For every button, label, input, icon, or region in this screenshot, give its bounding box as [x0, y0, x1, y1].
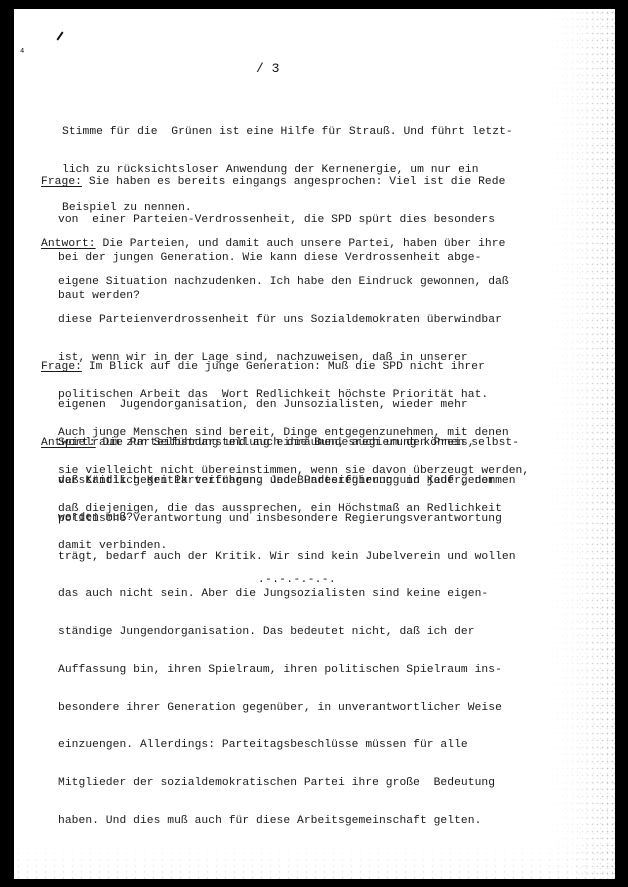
end-divider: .-.-.-.-.-. [258, 574, 336, 586]
text-line: Stimme für die Grünen ist eine Hilfe für… [62, 126, 513, 139]
margin-mark: ⁴ [19, 47, 26, 58]
scanned-page: ⁴ / 3 Stimme für die Grünen ist eine Hil… [14, 9, 615, 879]
answer-2: Antwort: Die Parteiführung und auch die … [41, 412, 519, 853]
scan-noise-right [545, 9, 615, 879]
text-line: eigenen Jugendorganisation, den Junsozia… [41, 399, 516, 412]
text-line: einzuengen. Allerdings: Parteitagsbeschl… [41, 739, 519, 752]
text-line: haben. Und dies muß auch für diese Arbei… [41, 815, 519, 828]
text-line: trägt, bedarf auch der Kritik. Wir sind … [41, 551, 519, 564]
text-line: Auffassung bin, ihren Spielraum, ihren p… [41, 664, 519, 677]
text-line: das auch nicht sein. Aber die Jungsozial… [41, 588, 519, 601]
text-line: ständige Jungendorganisation. Das bedeut… [41, 626, 519, 639]
text-line: Im Blick auf die junge Generation: Muß d… [82, 361, 485, 373]
text-line: verständlich Kritik vertragen. Jede Part… [41, 475, 519, 488]
question-label: Frage: [41, 176, 82, 188]
text-line: Mitglieder der sozialdemokratischen Part… [41, 777, 519, 790]
page-number: / 3 [256, 61, 279, 76]
text-line: politische Verantwortung und insbesonder… [41, 513, 519, 526]
margin-pen-mark [56, 31, 63, 40]
text-line: eigene Situation nachzudenken. Ich habe … [41, 276, 529, 289]
text-line: Die Parteien, und damit auch unsere Part… [96, 238, 506, 250]
answer-label: Antwort: [41, 437, 96, 449]
text-line: Sie haben es bereits eingangs angesproch… [82, 176, 505, 188]
question-label: Frage: [41, 361, 82, 373]
text-line: diese Parteienverdrossenheit für uns Soz… [41, 314, 529, 327]
text-line: besondere ihrer Generation gegenüber, in… [41, 702, 519, 715]
text-line: Die Parteiführung und auch die Bundesreg… [96, 437, 519, 449]
answer-label: Antwort: [41, 238, 96, 250]
